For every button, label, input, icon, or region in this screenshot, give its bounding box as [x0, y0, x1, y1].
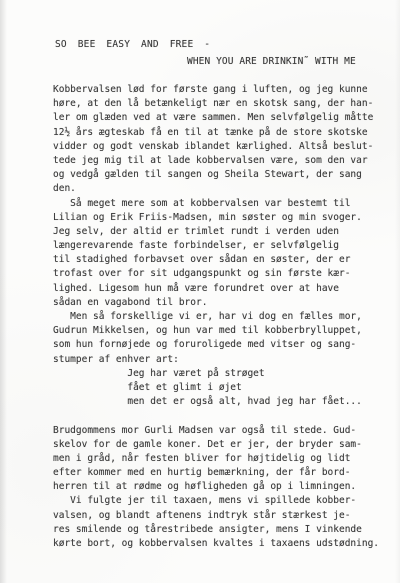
- text-line: tede jeg mig til at lade kobbervalsen væ…: [53, 154, 379, 168]
- text-line: Jeg selv, der altid er trimlet rundt i v…: [53, 225, 379, 239]
- text-line: herren til at rødme og høfligheden gå op…: [53, 480, 379, 494]
- text-line: res smilende og tårestribede ansigter, m…: [53, 523, 379, 537]
- text-line: Gudrun Mikkelsen, og hun var med til kob…: [53, 324, 379, 338]
- text-line: den.: [53, 182, 379, 196]
- text-line: Men så forskellige vi er, har vi dog en …: [53, 310, 379, 324]
- text-line: skelov for de gamle koner. Det er jer, d…: [53, 438, 379, 452]
- text-line: men i gråd, når festen bliver for højtid…: [53, 452, 379, 466]
- text-line: som hun fornøjede og foruroligede med vi…: [53, 338, 379, 352]
- document-page: SO BEE EASY AND FREE - WHEN YOU ARE DRIN…: [0, 0, 400, 583]
- text-line: trofast over for sit udgangspunkt og sin…: [53, 267, 379, 281]
- text-line: valsen, og blandt aftenens indtryk står …: [53, 509, 379, 523]
- paper-edge-left: [0, 0, 7, 583]
- text-line: 12½ års ægteskab få en til at tænke på d…: [53, 126, 379, 140]
- song-title-line-2: WHEN YOU ARE DRINKIN˜ WITH ME: [187, 56, 356, 67]
- text-line: kørte bort, og kobbervalsen kvaltes i ta…: [53, 537, 379, 551]
- text-line: Vi fulgte jer til taxaen, mens vi spille…: [53, 494, 379, 508]
- text-line: lighed. Ligesom hun må være forundret ov…: [53, 282, 379, 296]
- text-line: Kobbervalsen lød for første gang i lufte…: [53, 83, 379, 97]
- text-line: og vedgå gælden til sangen og Sheila Ste…: [53, 168, 379, 182]
- text-line: ler om glæden ved at være sammen. Men se…: [53, 111, 379, 125]
- text-line: sådan en vagabond til bror.: [53, 296, 379, 310]
- body-text: Kobbervalsen lød for første gang i lufte…: [53, 83, 379, 551]
- text-line: stumper af enhver art:: [53, 353, 379, 367]
- text-line: Brudgommens mor Gurli Madsen var også ti…: [53, 424, 379, 438]
- text-line: længerevarende faste forbindelser, er se…: [53, 239, 379, 253]
- text-line: til stadighed forbavset over sådan en sø…: [53, 253, 379, 267]
- text-line: høre, at den lå betænkeligt nær en skots…: [53, 97, 379, 111]
- text-line: Jeg har været på strøget: [53, 367, 379, 381]
- text-line: fået et glimt i øjet: [53, 381, 379, 395]
- text-line: Lilian og Erik Friis-Madsen, min søster …: [53, 211, 379, 225]
- song-title-line-1: SO BEE EASY AND FREE -: [55, 39, 210, 50]
- text-line: vidder og godt venskab iblandet kærlighe…: [53, 140, 379, 154]
- text-line: Så meget mere som at kobbervalsen var be…: [53, 197, 379, 211]
- text-line: men det er også alt, hvad jeg har fået..…: [53, 395, 379, 409]
- paper-edge-right: [395, 0, 400, 583]
- text-line: [53, 409, 379, 423]
- text-line: efter kommer med en hurtig bemærkning, d…: [53, 466, 379, 480]
